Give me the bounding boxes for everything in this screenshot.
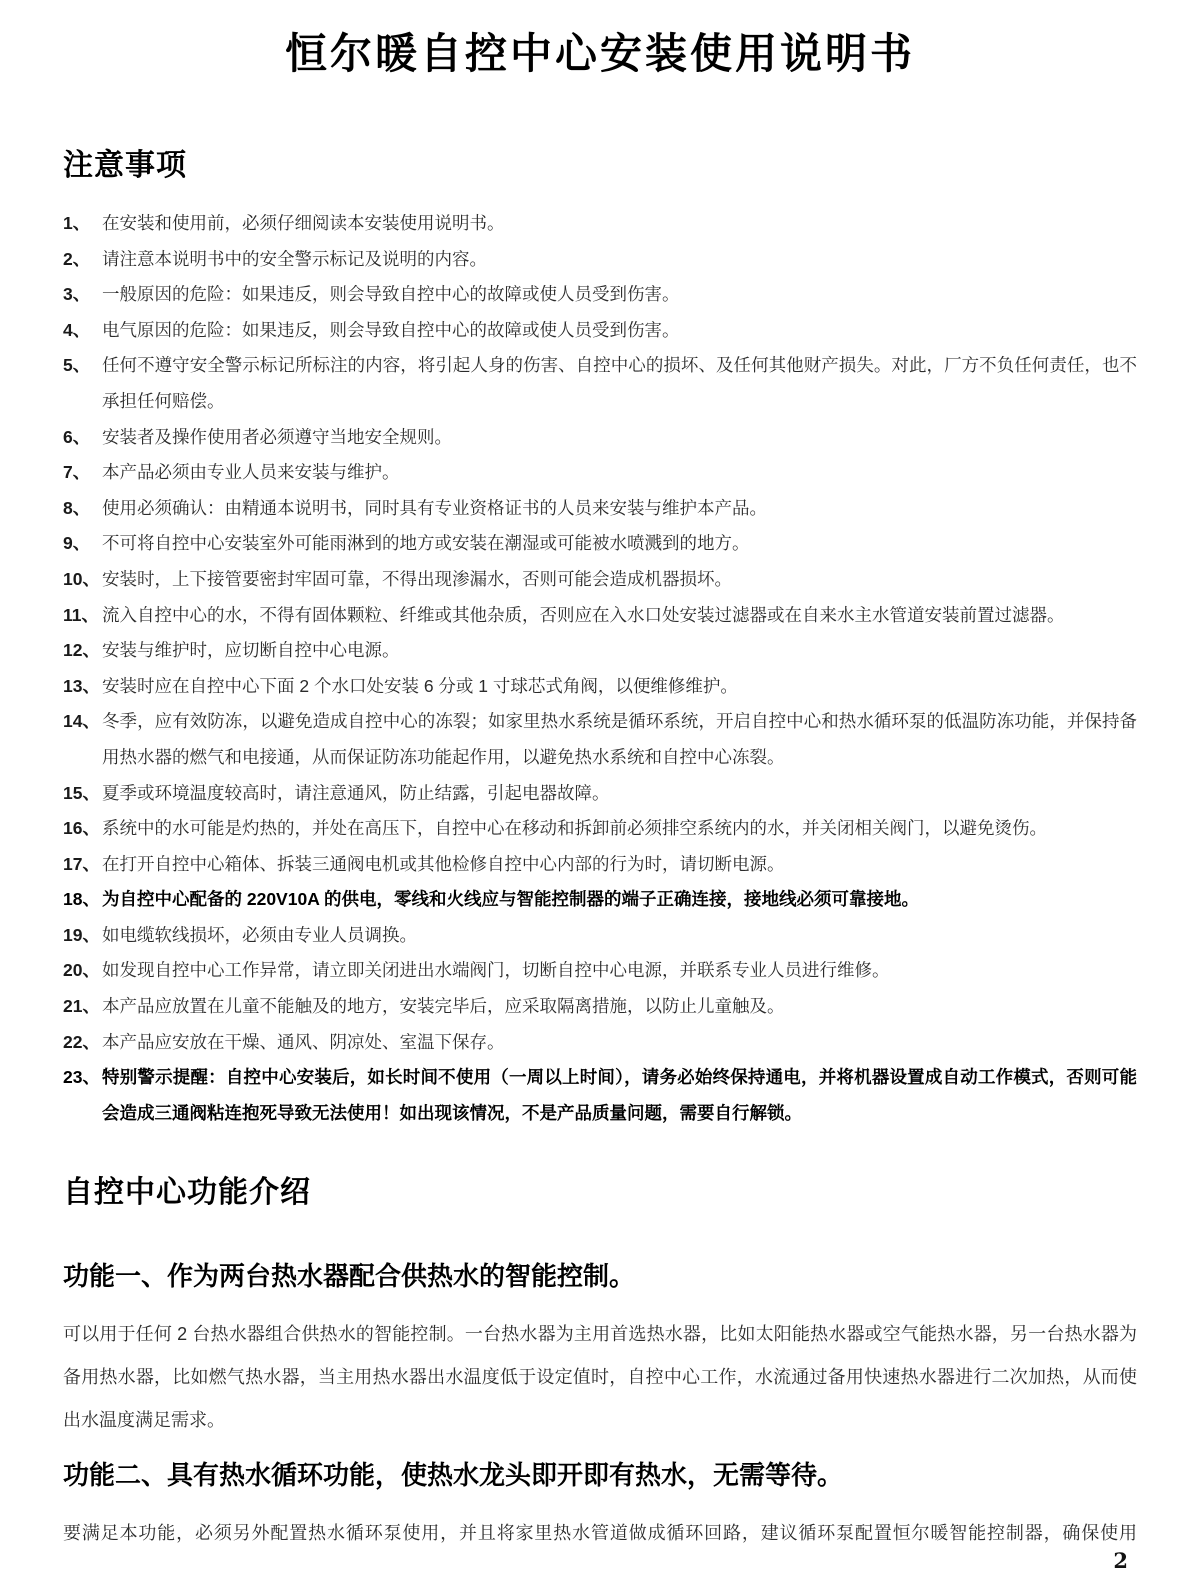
note-text: 一般原因的危险：如果违反，则会导致自控中心的故障或使人员受到伤害。 — [102, 277, 1137, 313]
note-text: 夏季或环境温度较高时，请注意通风，防止结露，引起电器故障。 — [102, 776, 1137, 812]
note-item: 23、 特别警示提醒：自控中心安装后，如长时间不使用（一周以上时间），请务必始终… — [63, 1060, 1137, 1131]
notes-heading: 注意事项 — [63, 146, 1137, 186]
note-item: 17、 在打开自控中心箱体、拆装三通阀电机或其他检修自控中心内部的行为时，请切断… — [63, 847, 1137, 883]
note-item: 3、 一般原因的危险：如果违反，则会导致自控中心的故障或使人员受到伤害。 — [63, 277, 1137, 313]
note-item: 21、 本产品应放置在儿童不能触及的地方，安装完毕后，应采取隔离措施，以防止儿童… — [63, 989, 1137, 1025]
note-item: 4、 电气原因的危险：如果违反，则会导致自控中心的故障或使人员受到伤害。 — [63, 313, 1137, 349]
note-number: 22、 — [63, 1025, 102, 1061]
note-text: 为自控中心配备的 220V10A 的供电，零线和火线应与智能控制器的端子正确连接… — [102, 882, 1137, 918]
manual-page: 恒尔暖自控中心安装使用说明书 注意事项 1、 在安装和使用前，必须仔细阅读本安装… — [0, 0, 1200, 1593]
functions-section: 自控中心功能介绍 功能一、作为两台热水器配合供热水的智能控制。 可以用于任何 2… — [63, 1173, 1137, 1555]
note-number: 21、 — [63, 989, 102, 1025]
note-item: 18、 为自控中心配备的 220V10A 的供电，零线和火线应与智能控制器的端子… — [63, 882, 1137, 918]
note-number: 5、 — [63, 348, 102, 384]
note-text: 如电缆软线损坏，必须由专业人员调换。 — [102, 918, 1137, 954]
note-text: 在打开自控中心箱体、拆装三通阀电机或其他检修自控中心内部的行为时，请切断电源。 — [102, 847, 1137, 883]
note-item: 11、 流入自控中心的水，不得有固体颗粒、纤维或其他杂质，否则应在入水口处安装过… — [63, 598, 1137, 634]
function-2-heading: 功能二、具有热水循环功能，使热水龙头即开即有热水，无需等待。 — [63, 1458, 1137, 1492]
note-item: 6、 安装者及操作使用者必须遵守当地安全规则。 — [63, 420, 1137, 456]
note-text: 安装时，上下接管要密封牢固可靠，不得出现渗漏水，否则可能会造成机器损坏。 — [102, 562, 1137, 598]
note-text: 本产品必须由专业人员来安装与维护。 — [102, 455, 1137, 491]
note-item: 20、 如发现自控中心工作异常，请立即关闭进出水端阀门，切断自控中心电源，并联系… — [63, 953, 1137, 989]
note-number: 9、 — [63, 526, 102, 562]
note-text: 系统中的水可能是灼热的，并处在高压下，自控中心在移动和拆卸前必须排空系统内的水，… — [102, 811, 1137, 847]
note-text: 不可将自控中心安装室外可能雨淋到的地方或安装在潮湿或可能被水喷溅到的地方。 — [102, 526, 1137, 562]
note-number: 18、 — [63, 882, 102, 918]
note-number: 16、 — [63, 811, 102, 847]
note-number: 8、 — [63, 491, 102, 527]
note-number: 11、 — [63, 598, 102, 634]
note-number: 15、 — [63, 776, 102, 812]
note-item: 1、 在安装和使用前，必须仔细阅读本安装使用说明书。 — [63, 206, 1137, 242]
note-text: 在安装和使用前，必须仔细阅读本安装使用说明书。 — [102, 206, 1137, 242]
note-number: 20、 — [63, 953, 102, 989]
note-number: 14、 — [63, 704, 102, 740]
note-item: 16、 系统中的水可能是灼热的，并处在高压下，自控中心在移动和拆卸前必须排空系统… — [63, 811, 1137, 847]
note-item: 5、 任何不遵守安全警示标记所标注的内容，将引起人身的伤害、自控中心的损坏、及任… — [63, 348, 1137, 419]
note-item: 7、 本产品必须由专业人员来安装与维护。 — [63, 455, 1137, 491]
function-1-body: 可以用于任何 2 台热水器组合供热水的智能控制。一台热水器为主用首选热水器，比如… — [63, 1313, 1137, 1442]
note-number: 12、 — [63, 633, 102, 669]
note-item: 12、 安装与维护时，应切断自控中心电源。 — [63, 633, 1137, 669]
note-text: 安装时应在自控中心下面 2 个水口处安装 6 分或 1 寸球芯式角阀，以便维修维… — [102, 669, 1137, 705]
note-item: 2、 请注意本说明书中的安全警示标记及说明的内容。 — [63, 242, 1137, 278]
note-item: 15、 夏季或环境温度较高时，请注意通风，防止结露，引起电器故障。 — [63, 776, 1137, 812]
note-number: 23、 — [63, 1060, 102, 1096]
note-number: 6、 — [63, 420, 102, 456]
note-text: 电气原因的危险：如果违反，则会导致自控中心的故障或使人员受到伤害。 — [102, 313, 1137, 349]
note-number: 3、 — [63, 277, 102, 313]
note-number: 19、 — [63, 918, 102, 954]
note-text: 本产品应放置在儿童不能触及的地方，安装完毕后，应采取隔离措施，以防止儿童触及。 — [102, 989, 1137, 1025]
note-text: 安装者及操作使用者必须遵守当地安全规则。 — [102, 420, 1137, 456]
note-text: 流入自控中心的水，不得有固体颗粒、纤维或其他杂质，否则应在入水口处安装过滤器或在… — [102, 598, 1137, 634]
note-number: 17、 — [63, 847, 102, 883]
note-text: 本产品应安放在干燥、通风、阴凉处、室温下保存。 — [102, 1025, 1137, 1061]
note-number: 4、 — [63, 313, 102, 349]
note-item: 22、 本产品应安放在干燥、通风、阴凉处、室温下保存。 — [63, 1025, 1137, 1061]
note-text: 任何不遵守安全警示标记所标注的内容，将引起人身的伤害、自控中心的损坏、及任何其他… — [102, 348, 1137, 419]
note-text: 安装与维护时，应切断自控中心电源。 — [102, 633, 1137, 669]
notes-section: 注意事项 1、 在安装和使用前，必须仔细阅读本安装使用说明书。 2、 请注意本说… — [63, 146, 1137, 1131]
note-item: 8、 使用必须确认：由精通本说明书，同时具有专业资格证书的人员来安装与维护本产品… — [63, 491, 1137, 527]
note-text: 冬季，应有效防冻，以避免造成自控中心的冻裂；如家里热水系统是循环系统，开启自控中… — [102, 704, 1137, 775]
note-item: 9、 不可将自控中心安装室外可能雨淋到的地方或安装在潮湿或可能被水喷溅到的地方。 — [63, 526, 1137, 562]
note-item: 19、 如电缆软线损坏，必须由专业人员调换。 — [63, 918, 1137, 954]
function-2-body: 要满足本功能，必须另外配置热水循环泵使用，并且将家里热水管道做成循环回路，建议循… — [63, 1512, 1137, 1555]
functions-heading: 自控中心功能介绍 — [63, 1173, 1137, 1213]
note-number: 1、 — [63, 206, 102, 242]
note-number: 10、 — [63, 562, 102, 598]
note-number: 7、 — [63, 455, 102, 491]
notes-list: 1、 在安装和使用前，必须仔细阅读本安装使用说明书。 2、 请注意本说明书中的安… — [63, 206, 1137, 1131]
note-text: 特别警示提醒：自控中心安装后，如长时间不使用（一周以上时间），请务必始终保持通电… — [102, 1060, 1137, 1131]
note-item: 10、 安装时，上下接管要密封牢固可靠，不得出现渗漏水，否则可能会造成机器损坏。 — [63, 562, 1137, 598]
note-text: 请注意本说明书中的安全警示标记及说明的内容。 — [102, 242, 1137, 278]
function-1-heading: 功能一、作为两台热水器配合供热水的智能控制。 — [63, 1259, 1137, 1293]
note-text: 如发现自控中心工作异常，请立即关闭进出水端阀门，切断自控中心电源，并联系专业人员… — [102, 953, 1137, 989]
note-number: 13、 — [63, 669, 102, 705]
note-item: 13、 安装时应在自控中心下面 2 个水口处安装 6 分或 1 寸球芯式角阀，以… — [63, 669, 1137, 705]
note-text: 使用必须确认：由精通本说明书，同时具有专业资格证书的人员来安装与维护本产品。 — [102, 491, 1137, 527]
page-number: 2 — [1113, 1548, 1128, 1573]
note-number: 2、 — [63, 242, 102, 278]
note-item: 14、 冬季，应有效防冻，以避免造成自控中心的冻裂；如家里热水系统是循环系统，开… — [63, 704, 1137, 775]
page-title: 恒尔暖自控中心安装使用说明书 — [63, 26, 1137, 82]
